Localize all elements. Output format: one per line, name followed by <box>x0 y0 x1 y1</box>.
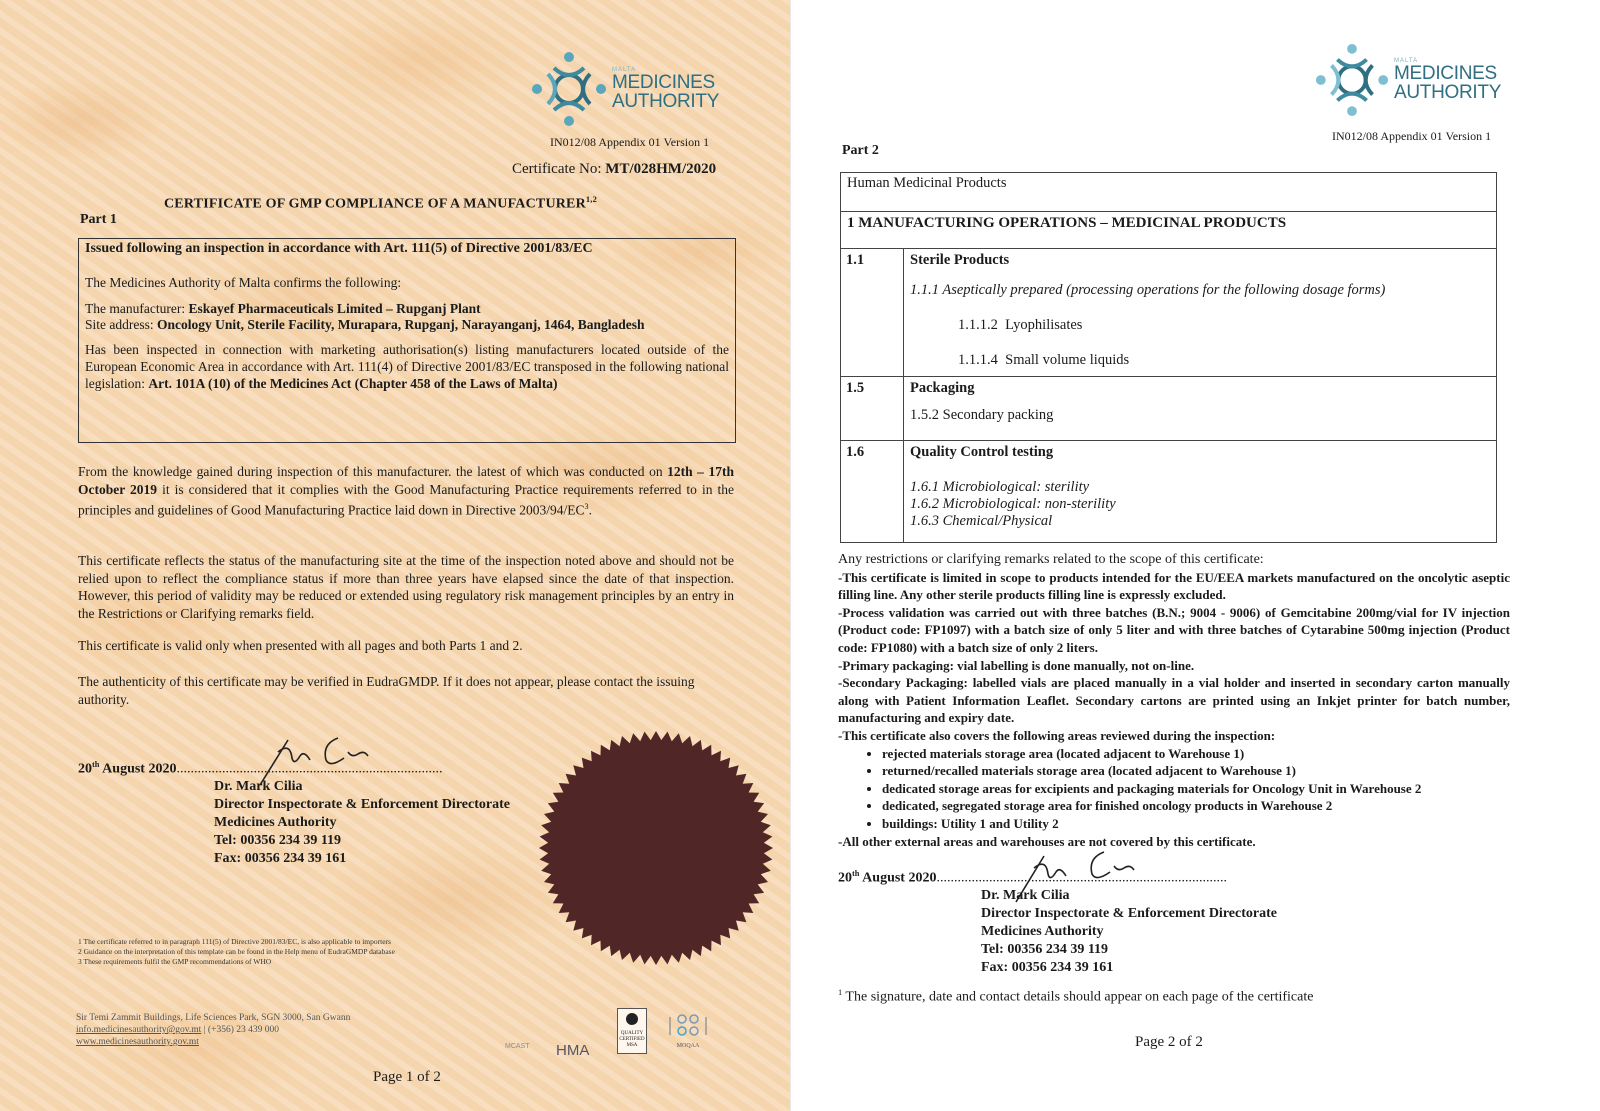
badge-quality-certified: QUALITY CERTIFIED MSA <box>617 1008 647 1054</box>
signer-fax: Fax: 00356 234 39 161 <box>214 850 510 868</box>
page2-footnote: 1 The signature, date and contact detail… <box>838 988 1313 1006</box>
covered-area: dedicated storage areas for excipients a… <box>882 780 1510 798</box>
address-line: Sir Temi Zammit Buildings, Life Sciences… <box>76 1012 350 1024</box>
remark-areas-intro: -This certificate also covers the follow… <box>838 727 1510 745</box>
remark-scope: -This certificate is limited in scope to… <box>838 569 1510 604</box>
moqaa-text: MOQAA <box>664 1043 712 1049</box>
section-number: 1.6 <box>841 441 904 542</box>
manufacturer-label: The manufacturer: <box>85 301 188 316</box>
footnote-2: 2 Guidance on the interpretation of this… <box>78 947 395 957</box>
site-address: Oncology Unit, Sterile Facility, Murapar… <box>157 317 645 332</box>
badge-mcast: MCAST <box>505 1043 530 1050</box>
signer-name: Dr. Mark Cilia <box>981 887 1277 905</box>
signer-fax: Fax: 00356 234 39 161 <box>981 959 1277 977</box>
certificate-number-label: Certificate No: <box>512 161 605 177</box>
medicines-authority-logo: MALTA MEDICINES AUTHORITY <box>530 50 719 128</box>
section-item: 1.6.1 Microbiological: sterility <box>910 479 1490 496</box>
certificate-number: MT/028HM/2020 <box>605 161 716 177</box>
signer-block-2: Dr. Mark Cilia Director Inspectorate & E… <box>981 887 1277 977</box>
site-address-label: Site address: <box>85 317 157 332</box>
section-item: 1.5.2 Secondary packing <box>910 407 1490 424</box>
quality-badge-text: QUALITY CERTIFIED MSA <box>619 1031 644 1048</box>
certificate-page-1: MALTA MEDICINES AUTHORITY IN012/08 Appen… <box>0 0 791 1111</box>
part-1-label: Part 1 <box>80 212 117 228</box>
document-reference-2: IN012/08 Appendix 01 Version 1 <box>1332 129 1491 144</box>
signature-date-rest: August 2020 <box>859 871 936 886</box>
remark-process-validation: -Process validation was carried out with… <box>838 604 1510 657</box>
knowledge-post: it is considered that it complies with t… <box>78 482 734 518</box>
manufacturer-name: Eskayef Pharmaceuticals Limited – Rupgan… <box>188 301 480 316</box>
page-number-2: Page 2 of 2 <box>1135 1034 1203 1051</box>
confirms-text: The Medicines Authority of Malta confirm… <box>85 275 729 291</box>
signer-name: Dr. Mark Cilia <box>214 778 510 796</box>
section-item: 1.6.3 Chemical/Physical <box>910 513 1490 530</box>
medicines-authority-emblem-icon <box>530 50 608 128</box>
section-number: 1.5 <box>841 377 904 440</box>
section-quality-control: 1.6 Quality Control testing 1.6.1 Microb… <box>840 441 1497 543</box>
authenticity-paragraph: The authenticity of this certificate may… <box>78 673 734 708</box>
signature-date-rest: August 2020 <box>99 762 176 777</box>
knowledge-pre: From the knowledge gained during inspect… <box>78 464 667 479</box>
manufacturer-line: The manufacturer: Eskayef Pharmaceutical… <box>85 301 729 317</box>
part-2-label: Part 2 <box>842 143 879 159</box>
section-packaging: 1.5 Packaging 1.5.2 Secondary packing <box>840 377 1497 441</box>
validity-paragraph: This certificate is valid only when pres… <box>78 637 734 655</box>
signer-role: Director Inspectorate & Enforcement Dire… <box>214 796 510 814</box>
footnote-1: 1 The certificate referred to in paragra… <box>78 937 395 947</box>
official-seal-icon <box>538 728 774 968</box>
certificate-title: CERTIFICATE OF GMP COMPLIANCE OF A MANUF… <box>164 195 597 213</box>
remark-secondary-packaging: -Secondary Packaging: labelled vials are… <box>838 674 1510 727</box>
remark-primary-packaging: -Primary packaging: vial labelling is do… <box>838 657 1510 675</box>
status-paragraph: This certificate reflects the status of … <box>78 552 734 622</box>
section-item: 1.6.2 Microbiological: non-sterility <box>910 496 1490 513</box>
inspected-text: Has been inspected in connection with ma… <box>85 341 729 392</box>
logo-line-2: AUTHORITY <box>1394 83 1501 102</box>
title-footnote-ref: 1,2 <box>586 195 597 204</box>
operations-heading: 1 MANUFACTURING OPERATIONS – MEDICINAL P… <box>840 211 1497 249</box>
signer-tel: Tel: 00356 234 39 119 <box>214 832 510 850</box>
covered-areas-list: rejected materials storage area (located… <box>838 745 1510 833</box>
section-title: Sterile Products <box>910 252 1490 269</box>
medicines-authority-emblem-icon <box>1314 42 1390 118</box>
site-address-line: Site address: Oncology Unit, Sterile Fac… <box>85 317 729 333</box>
website-link[interactable]: www.medicinesauthority.gov.mt <box>76 1037 199 1047</box>
signer-role: Director Inspectorate & Enforcement Dire… <box>981 905 1277 923</box>
section-subtitle: 1.1.1 Aseptically prepared (processing o… <box>910 282 1490 299</box>
footnote-text: The signature, date and contact details … <box>842 990 1313 1005</box>
covered-area: buildings: Utility 1 and Utility 2 <box>882 815 1510 833</box>
certificate-title-text: CERTIFICATE OF GMP COMPLIANCE OF A MANUF… <box>164 197 586 212</box>
quality-icon <box>626 1013 638 1025</box>
covered-area: dedicated, segregated storage area for f… <box>882 797 1510 815</box>
badge-hma: HMA <box>556 1042 589 1059</box>
signer-org: Medicines Authority <box>214 814 510 832</box>
covered-area: rejected materials storage area (located… <box>882 745 1510 763</box>
signer-org: Medicines Authority <box>981 923 1277 941</box>
covered-area: returned/recalled materials storage area… <box>882 762 1510 780</box>
medicines-authority-logo-2: MALTA MEDICINES AUTHORITY <box>1314 42 1501 118</box>
badge-moqaa: MOQAA <box>664 1005 712 1055</box>
knowledge-paragraph: From the knowledge gained during inspect… <box>78 463 734 519</box>
document-reference: IN012/08 Appendix 01 Version 1 <box>550 135 709 150</box>
email-link[interactable]: info.medicinesauthority@gov.mt <box>76 1025 201 1035</box>
section-number: 1.1 <box>841 249 904 376</box>
legislation: Art. 101A (10) of the Medicines Act (Cha… <box>148 376 557 391</box>
page-number-1: Page 1 of 2 <box>373 1069 441 1086</box>
logo-line-2: AUTHORITY <box>612 92 719 111</box>
section-item: 1.1.1.4 Small volume liquids <box>958 352 1490 369</box>
signature-date-day: 20 <box>78 762 92 777</box>
signer-block: Dr. Mark Cilia Director Inspectorate & E… <box>214 778 510 868</box>
phone: | (+356) 23 439 000 <box>201 1025 279 1035</box>
box-heading: Issued following an inspection in accord… <box>85 241 729 257</box>
section-title: Quality Control testing <box>910 444 1490 461</box>
restrictions-remarks: Any restrictions or clarifying remarks r… <box>838 551 1510 850</box>
logo-line-1: MEDICINES <box>1394 64 1501 83</box>
remark-closing: -All other external areas and warehouses… <box>838 833 1510 851</box>
section-item: 1.1.1.2 Lyophilisates <box>958 317 1490 334</box>
signature-date-day: 20 <box>838 871 852 886</box>
authority-address: Sir Temi Zammit Buildings, Life Sciences… <box>76 1012 350 1048</box>
page1-footnotes: 1 The certificate referred to in paragra… <box>78 937 395 967</box>
moqaa-emblem-icon <box>664 1005 712 1041</box>
remarks-intro: Any restrictions or clarifying remarks r… <box>838 551 1510 569</box>
certificate-number-line: Certificate No: MT/028HM/2020 <box>512 161 716 178</box>
section-sterile-products: 1.1 Sterile Products 1.1.1 Aseptically p… <box>840 249 1497 377</box>
product-type-cell: Human Medicinal Products <box>840 172 1497 212</box>
signer-tel: Tel: 00356 234 39 119 <box>981 941 1277 959</box>
footnote-3: 3 These requirements fulfil the GMP reco… <box>78 957 395 967</box>
inspection-details-box: Issued following an inspection in accord… <box>78 238 736 443</box>
knowledge-end: . <box>589 503 592 518</box>
section-title: Packaging <box>910 380 1490 397</box>
logo-line-1: MEDICINES <box>612 73 719 92</box>
